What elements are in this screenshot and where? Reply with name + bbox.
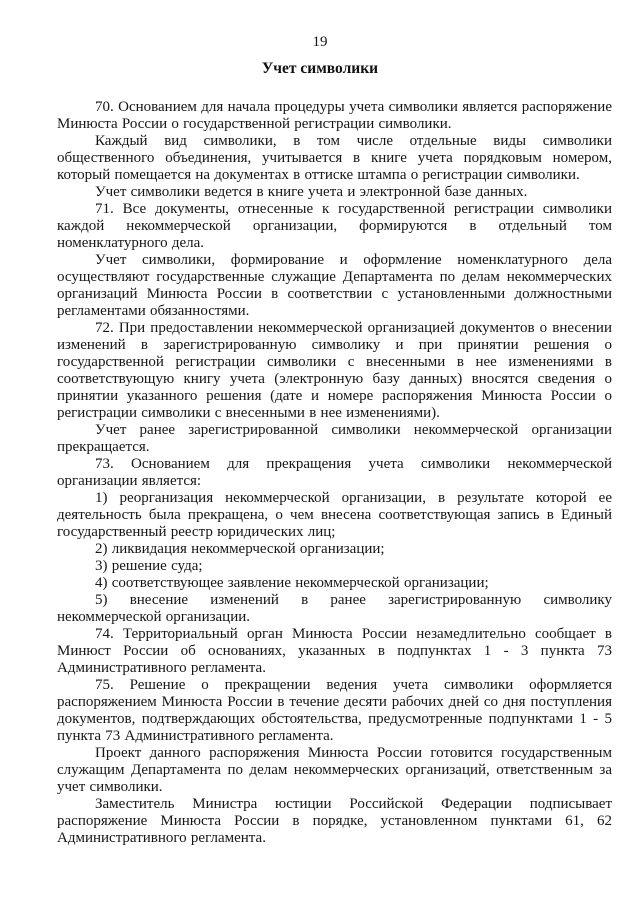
paragraph: 5) внесение изменений в ранее зарегистри… <box>57 592 612 626</box>
paragraph: Учет символики ведется в книге учета и э… <box>57 184 612 201</box>
paragraph: Проект данного распоряжения Минюста Росс… <box>57 745 612 796</box>
paragraph: 2) ликвидация некоммерческой организации… <box>57 541 612 558</box>
paragraph: Заместитель Министра юстиции Российской … <box>57 796 612 847</box>
paragraph: 4) соответствующее заявление некоммерчес… <box>57 575 612 592</box>
document-body: 70. Основанием для начала процедуры учет… <box>57 99 612 847</box>
page-number: 19 <box>0 0 640 51</box>
paragraph: 71. Все документы, отнесенные к государс… <box>57 201 612 252</box>
paragraph: 73. Основанием для прекращения учета сим… <box>57 456 612 490</box>
paragraph: Учет символики, формирование и оформлени… <box>57 252 612 320</box>
paragraph: 3) решение суда; <box>57 558 612 575</box>
paragraph: 72. При предоставлении некоммерческой ор… <box>57 320 612 422</box>
paragraph: 70. Основанием для начала процедуры учет… <box>57 99 612 133</box>
paragraph: Учет ранее зарегистрированной символики … <box>57 422 612 456</box>
paragraph: 75. Решение о прекращении ведения учета … <box>57 677 612 745</box>
paragraph: 74. Территориальный орган Минюста России… <box>57 626 612 677</box>
document-page: 19 Учет символики 70. Основанием для нач… <box>0 0 640 905</box>
paragraph: Каждый вид символики, в том числе отдель… <box>57 133 612 184</box>
page-title: Учет символики <box>0 60 640 78</box>
paragraph: 1) реорганизация некоммерческой организа… <box>57 490 612 541</box>
